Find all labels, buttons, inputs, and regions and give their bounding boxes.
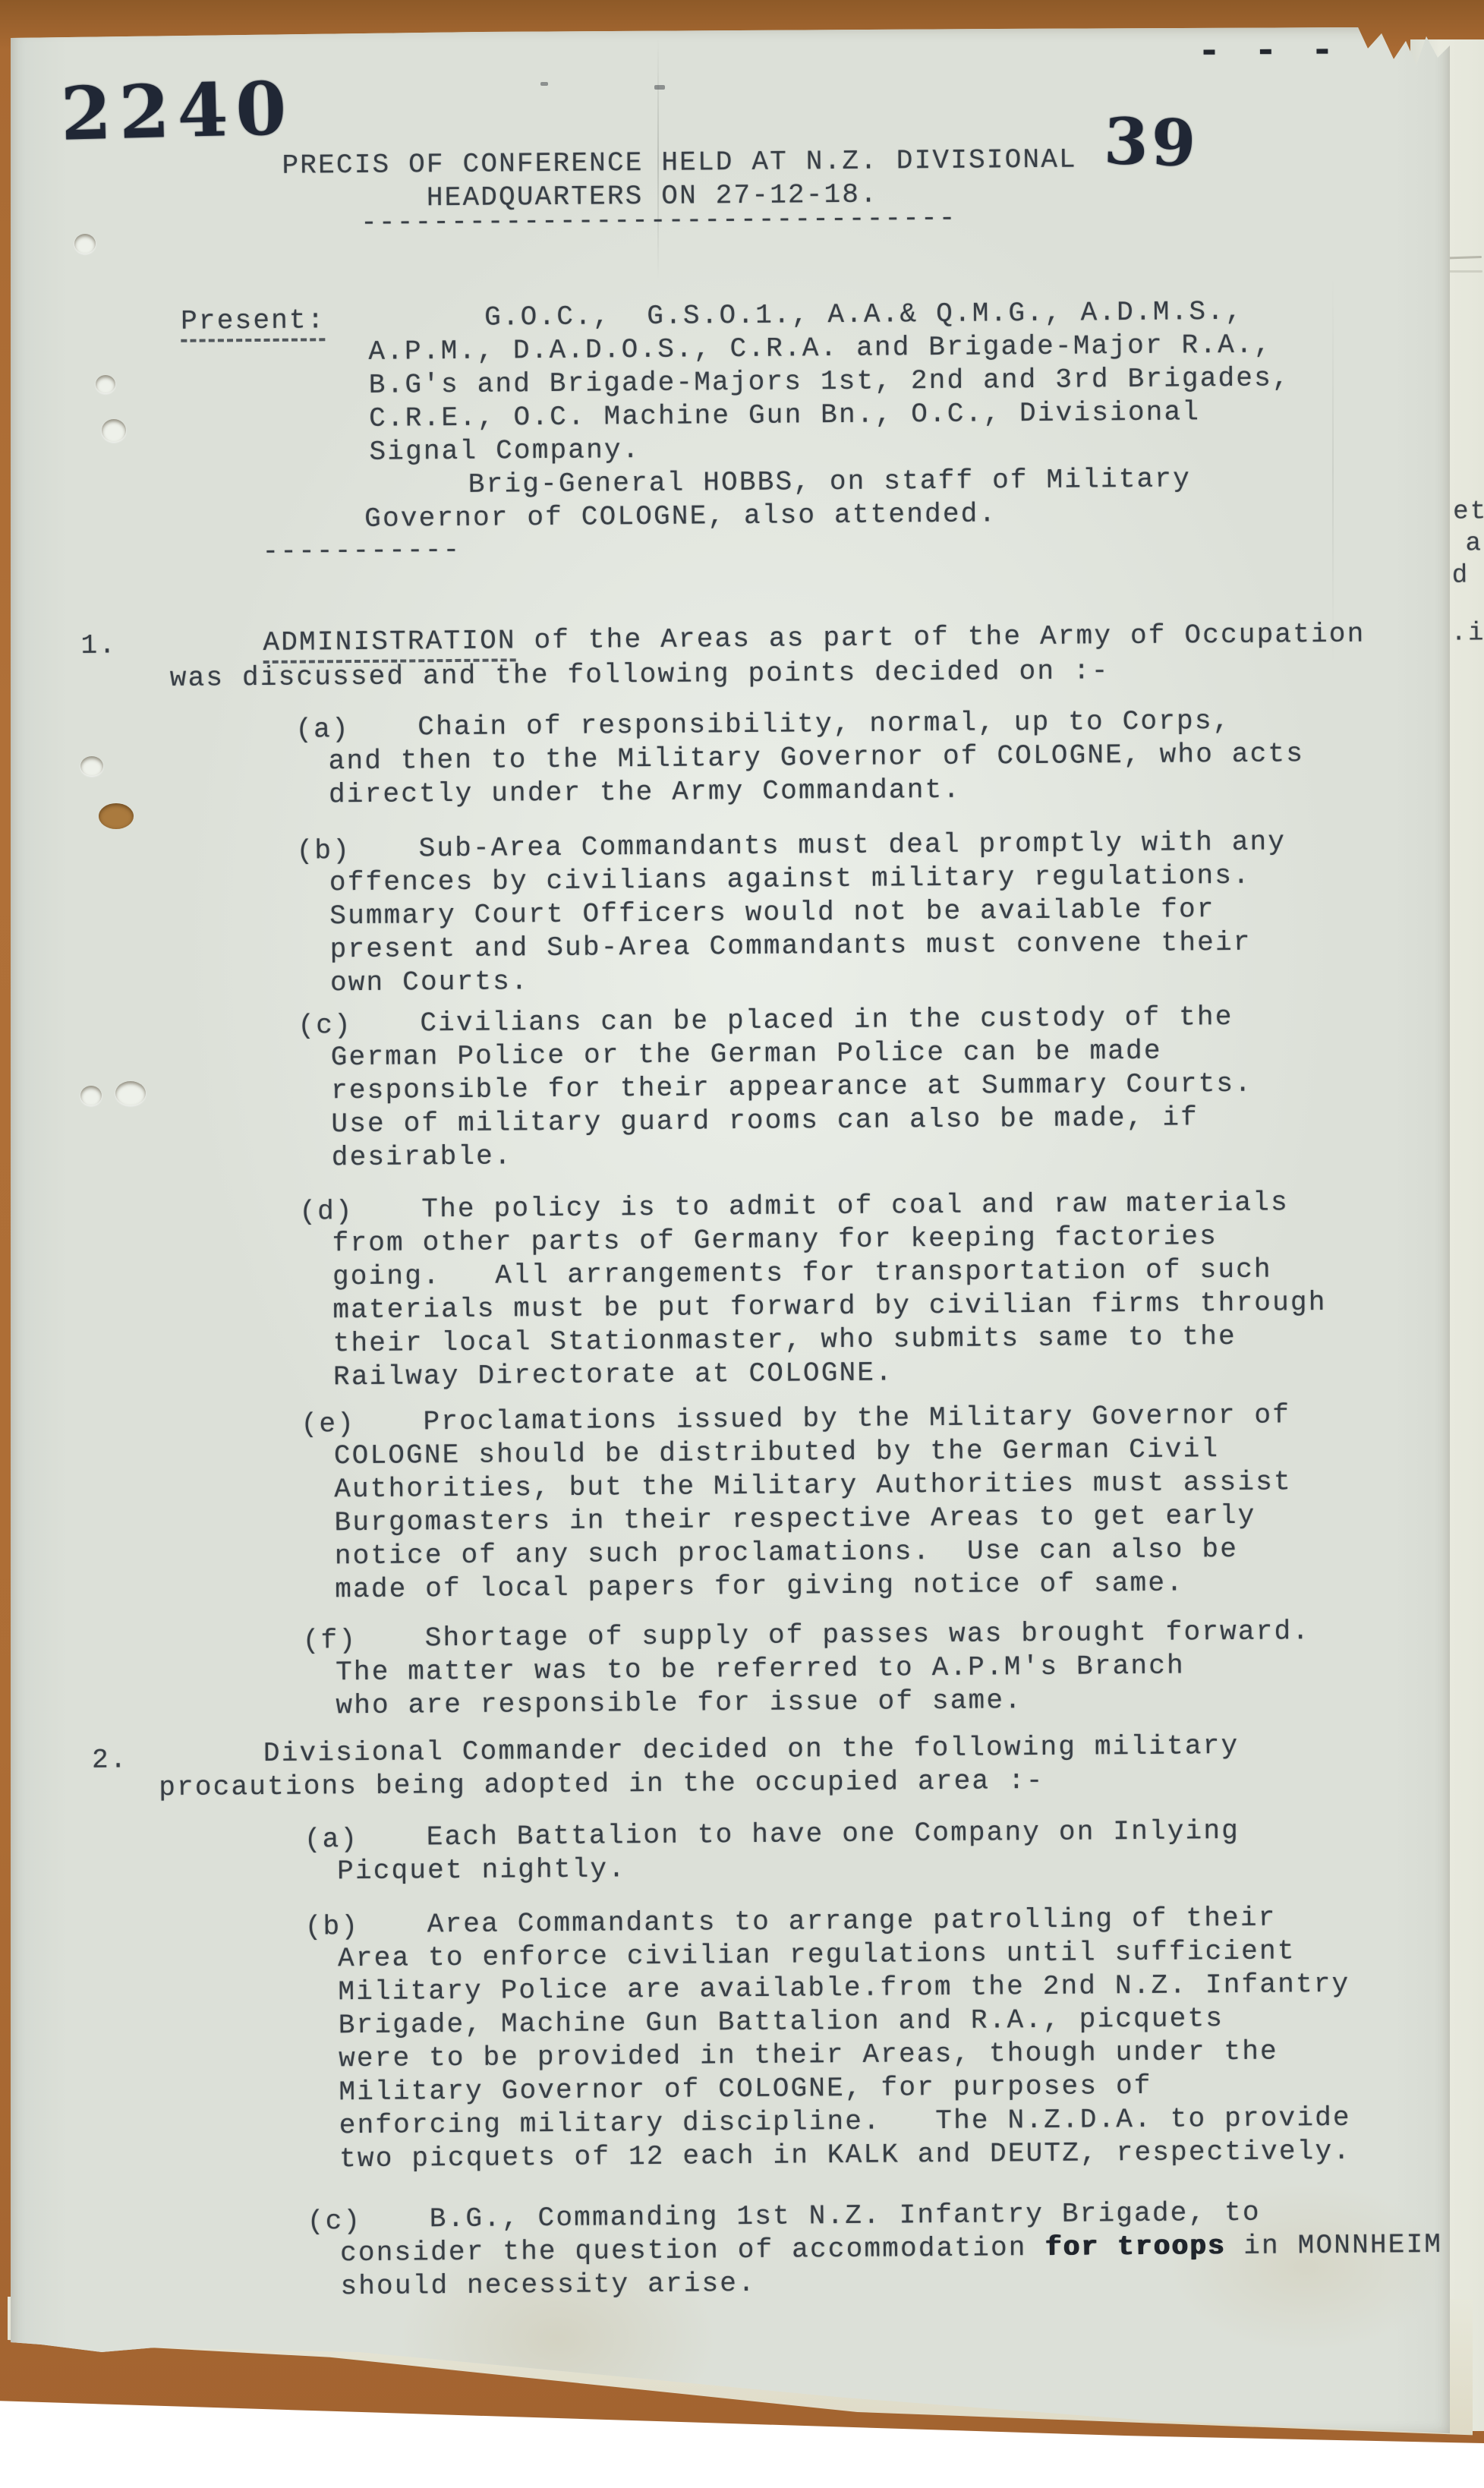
item-label: (a): [295, 713, 350, 747]
page-number-stamp: 39: [1103, 103, 1200, 181]
edge-text-fragment: .i: [1451, 616, 1484, 650]
item-line: two picquets of 12 each in KALK and DEUT…: [339, 2135, 1351, 2176]
typewritten-content: 2240 - - - 39 PRECIS OF CONFERENCE HELD …: [0, 0, 1484, 2488]
item-line: Use of military guard rooms can also be …: [331, 1101, 1199, 1141]
title-underline: ---------------------------------: [361, 202, 957, 240]
item-line: Railway Directorate at COLOGNE.: [333, 1356, 893, 1394]
overstruck-text: for troops: [1044, 2231, 1225, 2263]
item-line-part: consider the question of accommodation: [340, 2232, 1045, 2269]
section-1-intro-line2: was discussed and the following points d…: [170, 654, 1110, 695]
present-line: Brig-General HOBBS, on staff of Military: [468, 462, 1191, 501]
item-line: directly under the Army Commandant.: [329, 774, 961, 812]
present-line: G.O.C., G.S.O.1., A.A.& Q.M.G., A.D.M.S.…: [484, 295, 1243, 335]
item-label: (c): [307, 2205, 362, 2239]
present-label-text: Present:: [181, 304, 326, 342]
item-line-part: in MONNHEIM: [1225, 2229, 1442, 2262]
section-1-intro-rest: of the Areas as part of the Army of Occu…: [516, 619, 1366, 657]
item-line: Picquet nightly.: [337, 1853, 626, 1888]
item-line: present and Sub-Area Commandants must co…: [329, 926, 1251, 967]
item-label: (a): [304, 1823, 359, 1857]
item-line: who are responsible for issue of same.: [336, 1684, 1022, 1723]
section-2-intro-line1: Divisional Commander decided on the foll…: [263, 1730, 1240, 1771]
document-number-stamp: 2240: [60, 65, 295, 157]
item-label: (e): [301, 1408, 355, 1442]
section-2-intro-line2: procautions being adopted in the occupie…: [159, 1764, 1044, 1805]
edge-text-fragment: d: [1452, 559, 1470, 592]
item-line: made of local papers for giving notice o…: [335, 1566, 1184, 1607]
item-line: and then to the Military Governor of COL…: [329, 737, 1305, 778]
title-line-1: PRECIS OF CONFERENCE HELD AT N.Z. DIVISI…: [282, 143, 1077, 183]
present-line: C.R.E., O.C. Machine Gun Bn., O.C., Divi…: [369, 396, 1200, 436]
section-1-intro: ADMINISTRATION of the Areas as part of t…: [263, 618, 1365, 660]
item-line: Each Battalion to have one Company on In…: [427, 1815, 1240, 1854]
top-right-dashes: - - -: [1197, 35, 1338, 69]
present-line: Signal Company.: [369, 434, 640, 469]
item-line: should necessity arise.: [340, 2267, 756, 2304]
edge-text-fragment: et: [1453, 495, 1484, 528]
section-separator: -----------: [262, 534, 461, 569]
item-line: desirable.: [332, 1140, 512, 1175]
item-label: (c): [298, 1009, 352, 1043]
item-label: (b): [305, 1910, 360, 1944]
section-1-keyword: ADMINISTRATION: [263, 625, 516, 664]
item-label: (b): [296, 834, 351, 869]
item-line: their local Stationmaster, who submits s…: [333, 1320, 1237, 1361]
item-label: (d): [299, 1195, 354, 1229]
present-line: Governor of COLOGNE, also attended.: [364, 497, 997, 536]
section-1-number: 1.: [80, 629, 117, 662]
section-2-number: 2.: [92, 1743, 128, 1777]
item-label: (f): [303, 1624, 358, 1658]
item-line: own Courts.: [330, 965, 529, 1000]
item-line: The matter was to be referred to A.P.M's…: [336, 1649, 1185, 1689]
edge-text-fragment: a: [1465, 527, 1482, 560]
present-label: Present:: [181, 304, 326, 338]
